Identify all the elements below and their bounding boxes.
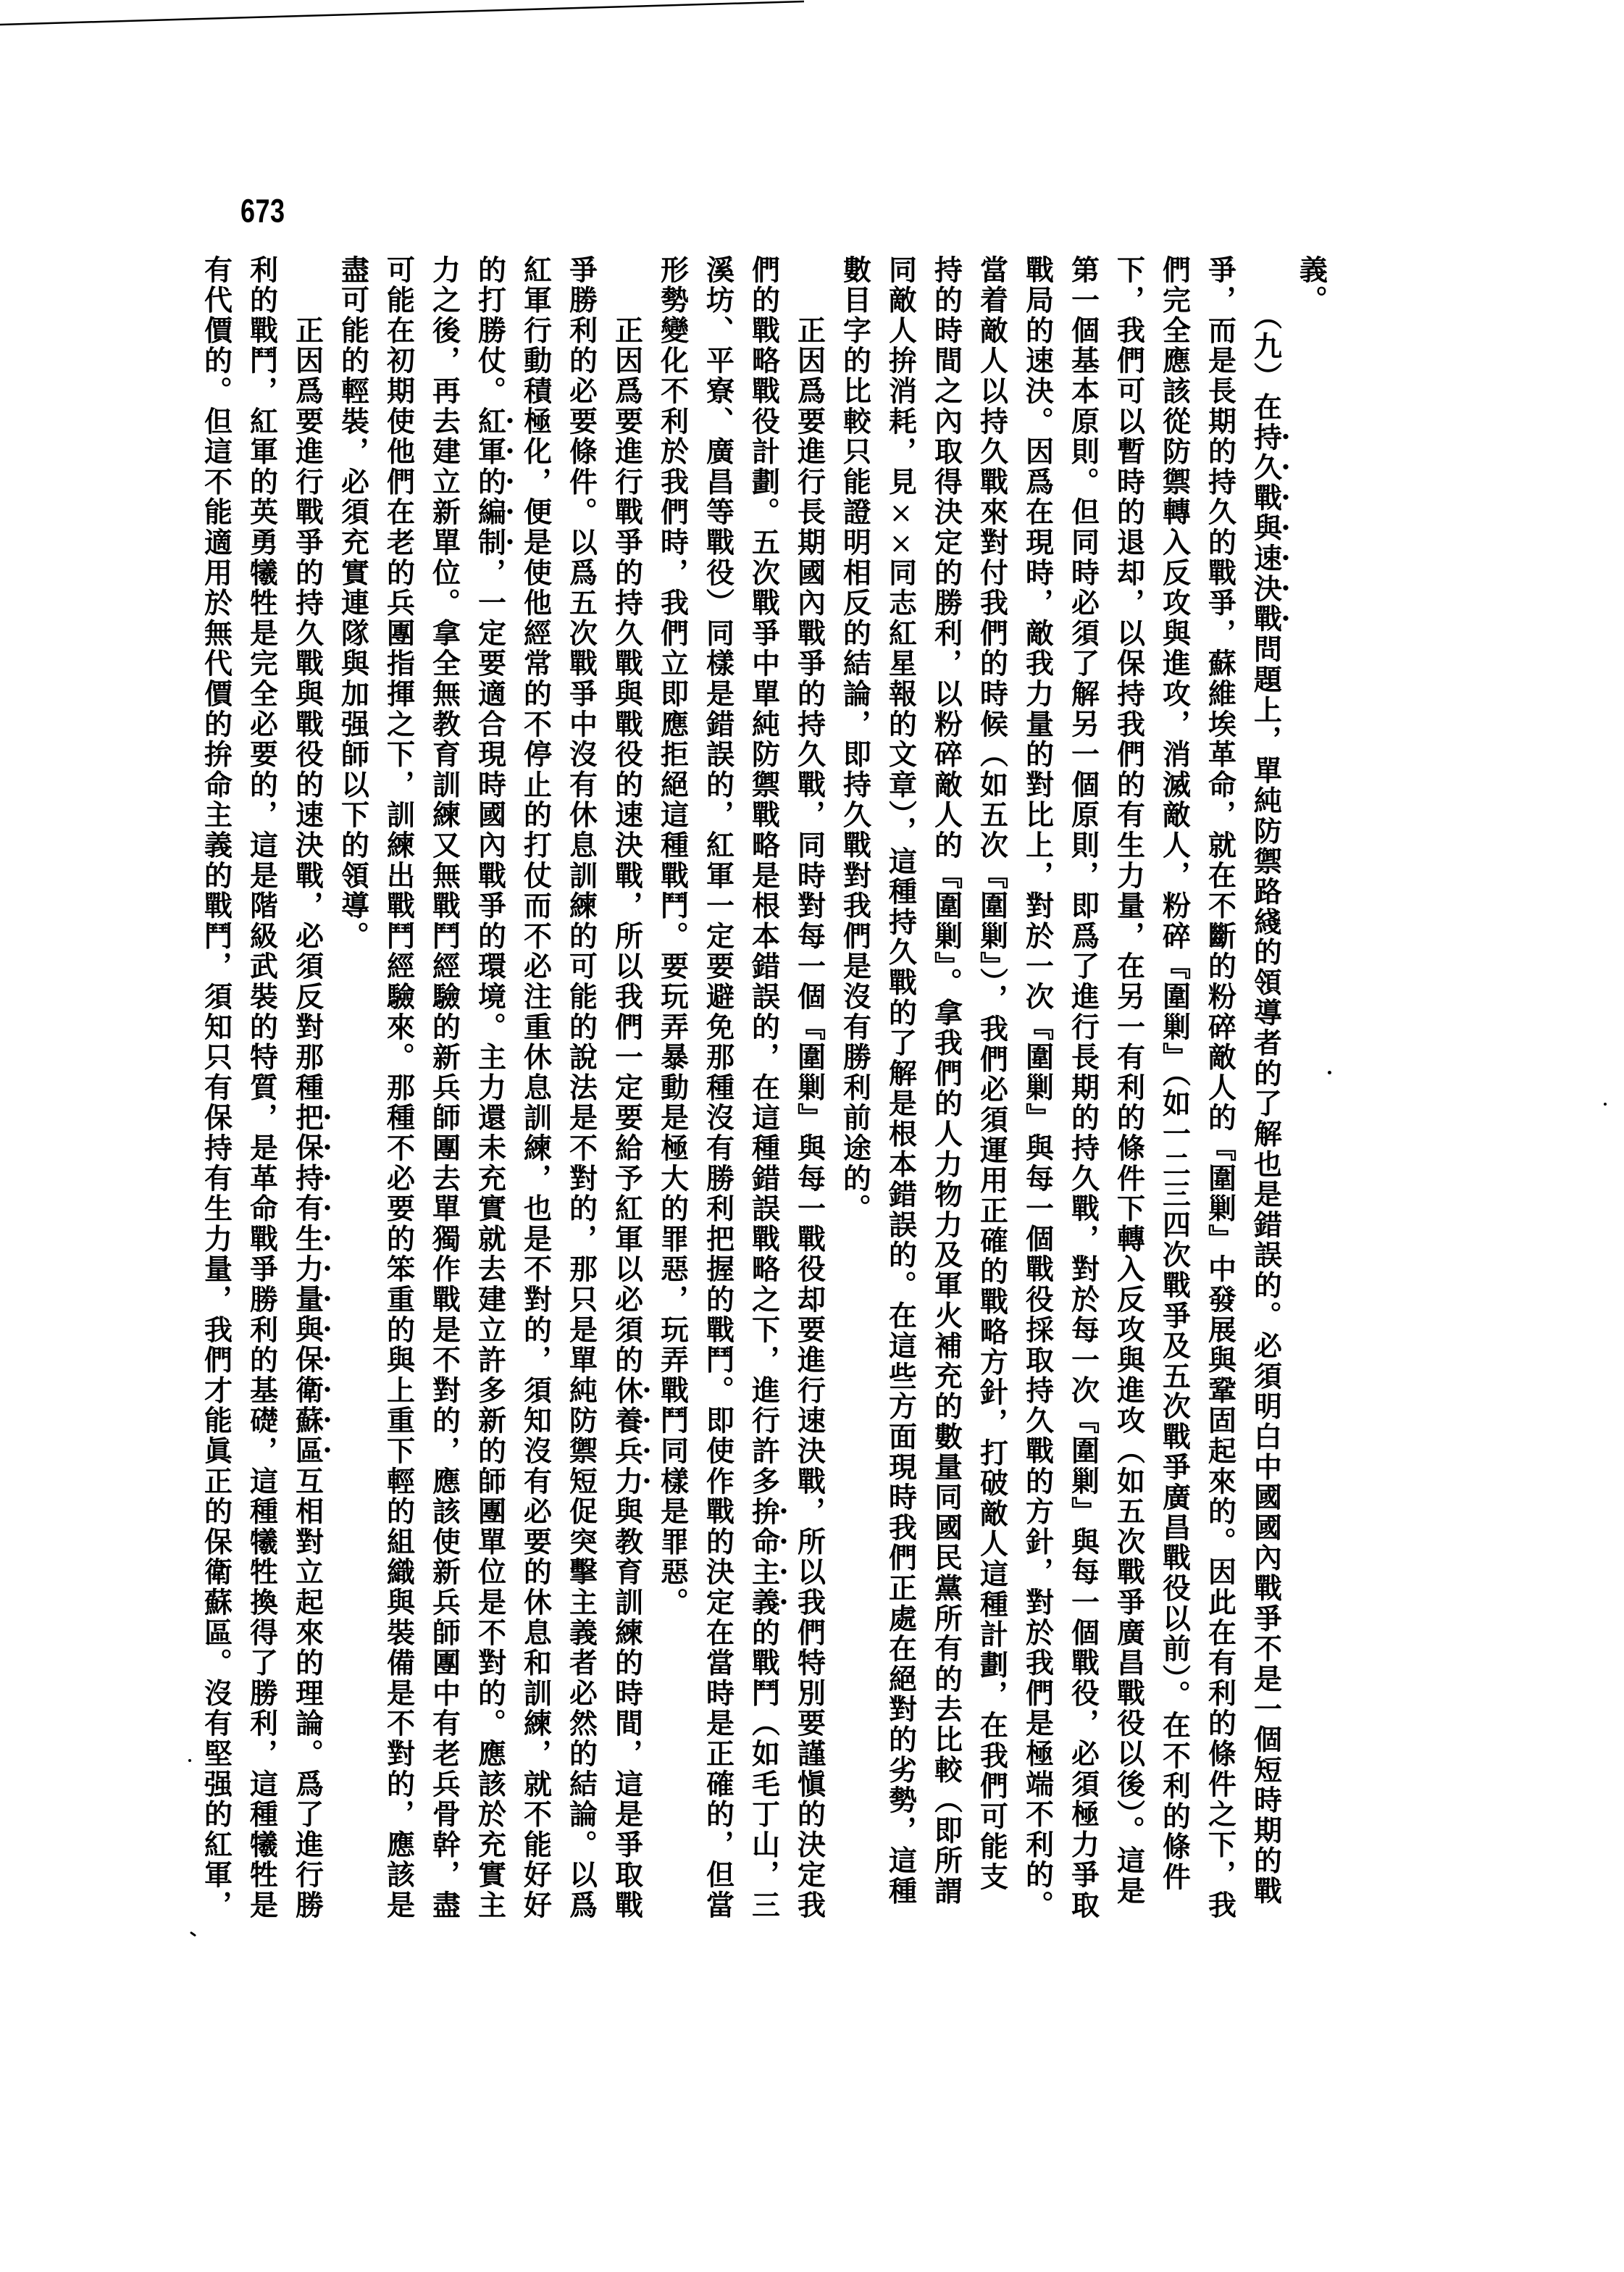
- text-column: （九）在持久戰與速決戰問題上，單純防禦路綫的領導者的了解也是錯誤的。必須明白中國…: [1243, 255, 1289, 1943]
- text-column: 力之後，再去建立新單位。拿全無教育訓練又無戰鬥經驗的新兵師團去單獨作戰是不對的，…: [422, 255, 467, 1943]
- text-segment: 義。: [1295, 255, 1328, 316]
- text-segment: 當着敵人以持久戰來對付我們的時候（如五次『圍剿』），我們必須運用正確的戰略方針，…: [976, 255, 1009, 1892]
- text-segment: 紅軍行動積極化，便是使他經常的不停止的打仗而不必注重休息訓練，也是不對的，須知沒…: [519, 255, 553, 1921]
- text-segment: ，一定要適合現時國內戰爭的環境。主力還未充實就去建立許多新的師團單位是不對的。應…: [474, 558, 507, 1921]
- text-segment: 們的戰略戰役計劃。五次戰爭中單純防禦戰略是根本錯誤的，在這種錯誤戰略之下，進行許…: [748, 255, 781, 1497]
- text-segment: 數目字的比較只能證明相反的結論，即持久戰對我們是沒有勝利前途的。: [839, 255, 872, 1224]
- text-segment: 的打勝仗。: [474, 255, 507, 406]
- text-segment: 第一個基本原則。但同時必須了解另一個原則，即爲了進行長期的持久戰，對於每一次『圍…: [1067, 255, 1100, 1921]
- text-segment: 的戰鬥（如毛丁山，三: [748, 1618, 781, 1921]
- scanned-book-page: 673 義。 （九）在持久戰與速決戰問題上，單純防禦路綫的領導者的了解也是錯誤的…: [0, 0, 1624, 2272]
- text-segment: 們完全應該從防禦轉入反攻與進攻，消滅敵人，粉碎『圍剿』（如一二三四次戰爭及五次戰…: [1158, 255, 1192, 1892]
- text-segment: 問題上，單純防禦路綫的領導者的了解也是錯誤的。必須明白中國國內戰爭不是一個短時期…: [1250, 635, 1283, 1907]
- text-column: 有代價的。但這不能適用於無代價的拚命主義的戰鬥，須知只有保持有生力量，我們才能眞…: [193, 255, 239, 1943]
- text-column: 下，我們可以暫時的退却，以保持我們的有生力量，在另一有利的條件下轉入反攻與進攻（…: [1106, 255, 1152, 1943]
- text-segment: 持的時間之內取得決定的勝利，以粉碎敵人的『圍剿』。拿我們的人力物力及軍火補充的數…: [930, 255, 963, 1907]
- text-segment: 正因爲要進行戰爭的持久戰與戰役的速決戰，必須反對那種: [291, 255, 325, 1103]
- text-column: 義。: [1289, 255, 1334, 1943]
- text-segment: （九）在: [1250, 255, 1283, 422]
- emphasized-text: 拚命主義: [750, 1497, 778, 1618]
- text-column: 利的戰鬥，紅軍的英勇犧牲是完全必要的，這是階級武裝的特質，是革命戰爭勝利的基礎，…: [239, 255, 285, 1943]
- text-column: 可能在初期使他們在老的兵團指揮之下，訓練出戰鬥經驗來。那種不必要的笨重的與上重下…: [376, 255, 422, 1943]
- text-column: 數目字的比較只能證明相反的結論，即持久戰對我們是沒有勝利前途的。: [832, 255, 878, 1943]
- emphasized-text: 休養兵力: [613, 1376, 641, 1497]
- text-segment: 利的戰鬥，紅軍的英勇犧牲是完全必要的，這是階級武裝的特質，是革命戰爭勝利的基礎，…: [246, 255, 279, 1921]
- text-segment: 力之後，再去建立新單位。拿全無教育訓練又無戰鬥經驗的新兵師團去單獨作戰是不對的，…: [428, 255, 461, 1921]
- text-segment: 爭，而是長期的持久的戰爭，蘇維埃革命，就在不斷的粉碎敵人的『圍剿』中發展與鞏固起…: [1204, 255, 1237, 1921]
- text-segment: 與教育訓練的時間，這是爭取戰: [611, 1497, 644, 1921]
- text-column: 正因爲要進行戰爭的持久戰與戰役的速決戰，所以我們一定要給予紅軍以必須的休養兵力與…: [604, 255, 650, 1943]
- text-column: 形勢變化不利於我們時，我們立即應拒絕這種戰鬥。要玩弄暴動是極大的罪惡，玩弄戰鬥同…: [650, 255, 695, 1943]
- text-column: 當着敵人以持久戰來對付我們的時候（如五次『圍剿』），我們必須運用正確的戰略方針，…: [969, 255, 1015, 1943]
- text-segment: 爭勝利的必要條件。以爲五次戰爭中沒有休息訓練的可能的說法是不對的，那只是單純防禦…: [565, 255, 598, 1921]
- text-segment: 正因爲要進行戰爭的持久戰與戰役的速決戰，所以我們一定要給予紅軍以必須的: [611, 255, 644, 1376]
- emphasized-text: 紅軍的編制: [476, 406, 504, 558]
- text-column: 紅軍行動積極化，便是使他經常的不停止的打仗而不必注重休息訓練，也是不對的，須知沒…: [513, 255, 558, 1943]
- text-segment: 下，我們可以暫時的退却，以保持我們的有生力量，在另一有利的條件下轉入反攻與進攻（…: [1113, 255, 1146, 1907]
- text-segment: 有代價的。但這不能適用於無代價的拚命主義的戰鬥，須知只有保持有生力量，我們才能眞…: [200, 255, 233, 1921]
- text-segment: 同志紅星報的文章），這種持久戰的了解是根本錯誤的。在這些方面現時我們正處在絕對的…: [884, 558, 918, 1907]
- text-column: 正因爲要進行長期國內戰爭的持久戰，同時對每一個『圍剿』與每一戰役却要進行速決戰，…: [787, 255, 832, 1943]
- text-column: 們完全應該從防禦轉入反攻與進攻，消滅敵人，粉碎『圍剿』（如一二三四次戰爭及五次戰…: [1152, 255, 1197, 1943]
- text-column: 第一個基本原則。但同時必須了解另一個原則，即爲了進行長期的持久戰，對於每一次『圍…: [1060, 255, 1106, 1943]
- scan-speck: [188, 1759, 191, 1762]
- scan-speck: [1328, 1071, 1331, 1074]
- scan-top-rule-line: [0, 0, 869, 29]
- text-column: 持的時間之內取得決定的勝利，以粉碎敵人的『圍剿』。拿我們的人力物力及軍火補充的數…: [924, 255, 969, 1943]
- page-number: 673: [240, 195, 285, 227]
- text-column: 盡可能的輕裝，必須充實連隊與加强師以下的領導。: [330, 255, 376, 1943]
- text-segment: 正因爲要進行長期國內戰爭的持久戰，同時對每一個『圍剿』與每一戰役却要進行速決戰，…: [793, 255, 826, 1921]
- text-segment: 溪坊、平寮、廣昌等戰役）同樣是錯誤的，紅軍一定要避免那種沒有勝利把握的戰鬥。即使…: [702, 255, 735, 1921]
- emphasized-text: 把保持有生力量與保衛蘇區: [293, 1103, 322, 1466]
- text-segment: 盡可能的輕裝，必須充實連隊與加强師以下的領導。: [337, 255, 370, 951]
- text-column: 戰局的速決。因爲在現時，敵我力量的對比上，對於一次『圍剿』與每一個戰役採取持久戰…: [1015, 255, 1060, 1943]
- text-segment: 可能在初期使他們在老的兵團指揮之下，訓練出戰鬥經驗來。那種不必要的笨重的與上重下…: [382, 255, 416, 1921]
- text-column: 爭勝利的必要條件。以爲五次戰爭中沒有休息訓練的可能的說法是不對的，那只是單純防禦…: [558, 255, 604, 1943]
- text-column: 們的戰略戰役計劃。五次戰爭中單純防禦戰略是根本錯誤的，在這種錯誤戰略之下，進行許…: [741, 255, 787, 1943]
- censored-name-mark: ×: [887, 497, 916, 527]
- text-column: 同敵人拚消耗，見××同志紅星報的文章），這種持久戰的了解是根本錯誤的。在這些方面…: [878, 255, 924, 1943]
- text-segment: 形勢變化不利於我們時，我們立即應拒絕這種戰鬥。要玩弄暴動是極大的罪惡，玩弄戰鬥同…: [656, 255, 690, 1618]
- censored-name-mark: ×: [887, 527, 916, 558]
- text-column: 爭，而是長期的持久的戰爭，蘇維埃革命，就在不斷的粉碎敵人的『圍剿』中發展與鞏固起…: [1197, 255, 1243, 1943]
- scan-speck: [1604, 1103, 1607, 1106]
- text-segment: 互相對立起來的理論。爲了進行勝: [291, 1466, 325, 1921]
- text-segment: 戰局的速決。因爲在現時，敵我力量的對比上，對於一次『圍剿』與每一個戰役採取持久戰…: [1021, 255, 1055, 1921]
- text-segment: 同敵人拚消耗，見: [884, 255, 918, 497]
- text-column: 的打勝仗。紅軍的編制，一定要適合現時國內戰爭的環境。主力還未充實就去建立許多新的…: [467, 255, 513, 1943]
- text-column: 正因爲要進行戰爭的持久戰與戰役的速決戰，必須反對那種把保持有生力量與保衛蘇區互相…: [285, 255, 330, 1943]
- text-column: 溪坊、平寮、廣昌等戰役）同樣是錯誤的，紅軍一定要避免那種沒有勝利把握的戰鬥。即使…: [695, 255, 741, 1943]
- emphasized-text: 持久戰與速決戰: [1252, 422, 1280, 635]
